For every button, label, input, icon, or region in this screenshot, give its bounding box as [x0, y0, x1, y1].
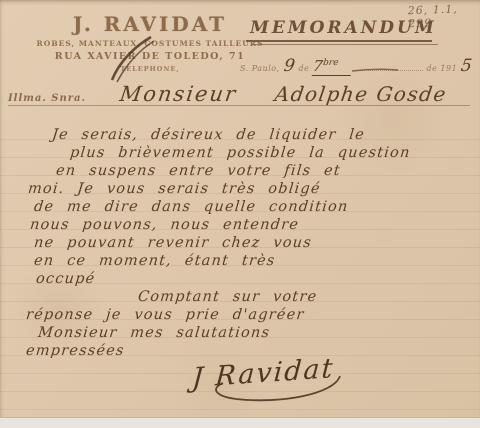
date-de: de: [298, 64, 309, 73]
memorandum-title: MEMORANDUM: [250, 18, 450, 38]
body-line: moi. Je vous serais très obligé: [27, 181, 321, 197]
letterhead-name: J. RAVIDAT: [10, 12, 290, 36]
addressee-line: Illma. Snra. Monsieur Adolphe Gosde: [8, 82, 472, 106]
body-line: Monsieur mes salutations: [37, 325, 271, 341]
body-line: Je serais, désireux de liquider le: [51, 127, 366, 143]
body-line: en suspens entre votre fils et: [55, 163, 342, 179]
body-line: réponse je vous prie d'agréer: [25, 307, 305, 323]
body-line: de me dire dans quelle condition: [33, 199, 349, 215]
memorandum-underline-2: [252, 44, 438, 45]
addressee-title-handwritten: Monsieur: [118, 82, 239, 106]
body-line: en ce moment, étant très: [33, 253, 276, 269]
body-line: nous pouvons, nous entendre: [29, 217, 300, 233]
body-line: plus brièvement possible la question: [69, 145, 411, 161]
date-month-suffix: bre: [323, 58, 340, 68]
body-line: empressées: [25, 343, 125, 359]
memorandum-scan: 26, 1.1, 299 J. RAVIDAT ROBES, MANTEAUX,…: [0, 0, 480, 428]
date-day-handwritten: 9: [282, 56, 296, 76]
date-city: S. Paulo,: [240, 64, 280, 73]
scan-edge-bottom: [0, 417, 480, 428]
ruled-line: [8, 105, 470, 106]
body-line: occupé: [35, 271, 96, 287]
date-line: S. Paulo, 9 de 7bre de 191 5: [240, 56, 472, 76]
addressee-printed-label: Illma. Snra.: [8, 93, 86, 104]
dotted-leader: [356, 60, 422, 71]
memorandum-underline: [246, 40, 432, 42]
date-month-handwritten: 7bre: [312, 57, 354, 76]
addressee-name-handwritten: Adolphe Gosde: [274, 82, 449, 106]
body-line: ne pouvant revenir chez vous: [33, 235, 313, 251]
date-year-handwritten: 5: [460, 56, 474, 76]
body-line: Comptant sur votre: [137, 289, 318, 305]
date-de-191: de 191: [427, 64, 458, 73]
